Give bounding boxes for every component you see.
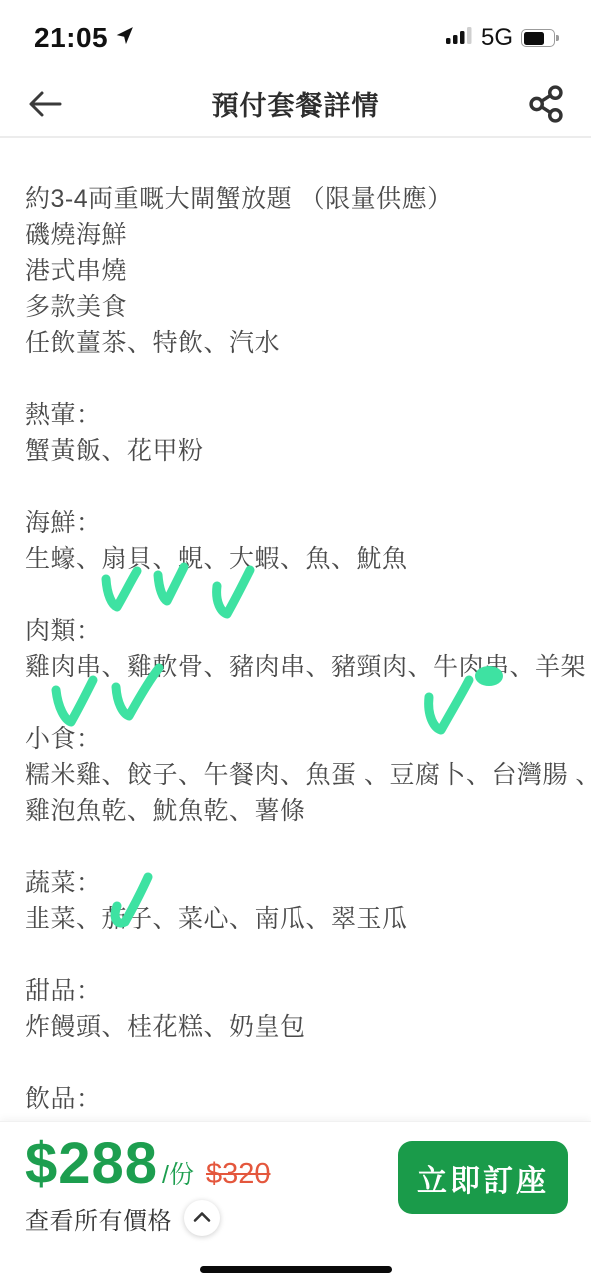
book-now-button[interactable]: 立即訂座: [398, 1141, 568, 1214]
battery-icon: [521, 29, 559, 47]
section-heading-desserts: 甜品：: [25, 973, 591, 1009]
share-icon: [526, 84, 566, 127]
menu-line: 炸饅頭、桂花糕、奶皇包: [25, 1009, 591, 1045]
menu-line: 雞肉串、雞軟骨、豬肉串、豬頸肉、牛肉串、羊架: [25, 649, 591, 685]
section-heading-seafood: 海鮮：: [25, 505, 591, 541]
back-button[interactable]: [20, 82, 70, 128]
price-unit: /份: [162, 1155, 194, 1191]
menu-line: 生蠔、扇貝、蜆、大蝦、魚、魷魚: [25, 541, 591, 577]
menu-line: 糯米雞、餃子、午餐肉、魚蛋 、豆腐卜、台灣腸 、: [25, 757, 591, 793]
menu-line: 約3-4両重嘅大閘蟹放題 （限量供應）: [25, 181, 591, 217]
section-heading-meat: 肉類：: [25, 613, 591, 649]
status-bar: 21:05 5G: [0, 0, 591, 70]
chevron-up-icon: [193, 1211, 211, 1226]
menu-line: 多款美食: [25, 289, 591, 325]
share-button[interactable]: [519, 78, 573, 132]
network-type-label: 5G: [481, 24, 513, 52]
see-all-prices-label: 查看所有價格: [25, 1201, 172, 1236]
price-row: $288 /份 $320: [25, 1130, 271, 1197]
menu-line: 任飲薑茶、特飲、汽水: [25, 325, 591, 361]
see-all-prices[interactable]: 查看所有價格: [25, 1200, 220, 1236]
menu-line: 韭菜、茄子、菜心、南瓜、翠玉瓜: [25, 901, 591, 937]
section-heading-drinks: 飲品：: [25, 1081, 591, 1117]
clock: 21:05: [34, 22, 108, 54]
expand-prices-button[interactable]: [184, 1200, 220, 1236]
menu-line: 蟹黃飯、花甲粉: [25, 433, 591, 469]
section-heading-hot-dishes: 熱葷：: [25, 397, 591, 433]
menu-line: 港式串燒: [25, 253, 591, 289]
app-screen: 21:05 5G: [0, 0, 591, 1280]
back-arrow-icon: [27, 89, 63, 122]
menu-line: 雞泡魚乾、魷魚乾、薯條: [25, 793, 591, 829]
package-description: 約3-4両重嘅大閘蟹放題 （限量供應） 磯燒海鮮 港式串燒 多款美食 任飲薑茶、…: [0, 138, 591, 1121]
navigation-header: 預付套餐詳情: [0, 70, 591, 138]
section-heading-vegetables: 蔬菜：: [25, 865, 591, 901]
page-title: 預付套餐詳情: [212, 84, 380, 123]
menu-line: 磯燒海鮮: [25, 217, 591, 253]
home-indicator[interactable]: [200, 1266, 392, 1273]
bottom-action-bar: $288 /份 $320 查看所有價格 立即訂座: [0, 1121, 591, 1280]
price-current: $288: [25, 1130, 158, 1197]
location-arrow-icon: [115, 26, 134, 50]
price-original: $320: [206, 1158, 271, 1191]
section-heading-snacks: 小食：: [25, 721, 591, 757]
signal-strength-icon: [446, 27, 473, 49]
